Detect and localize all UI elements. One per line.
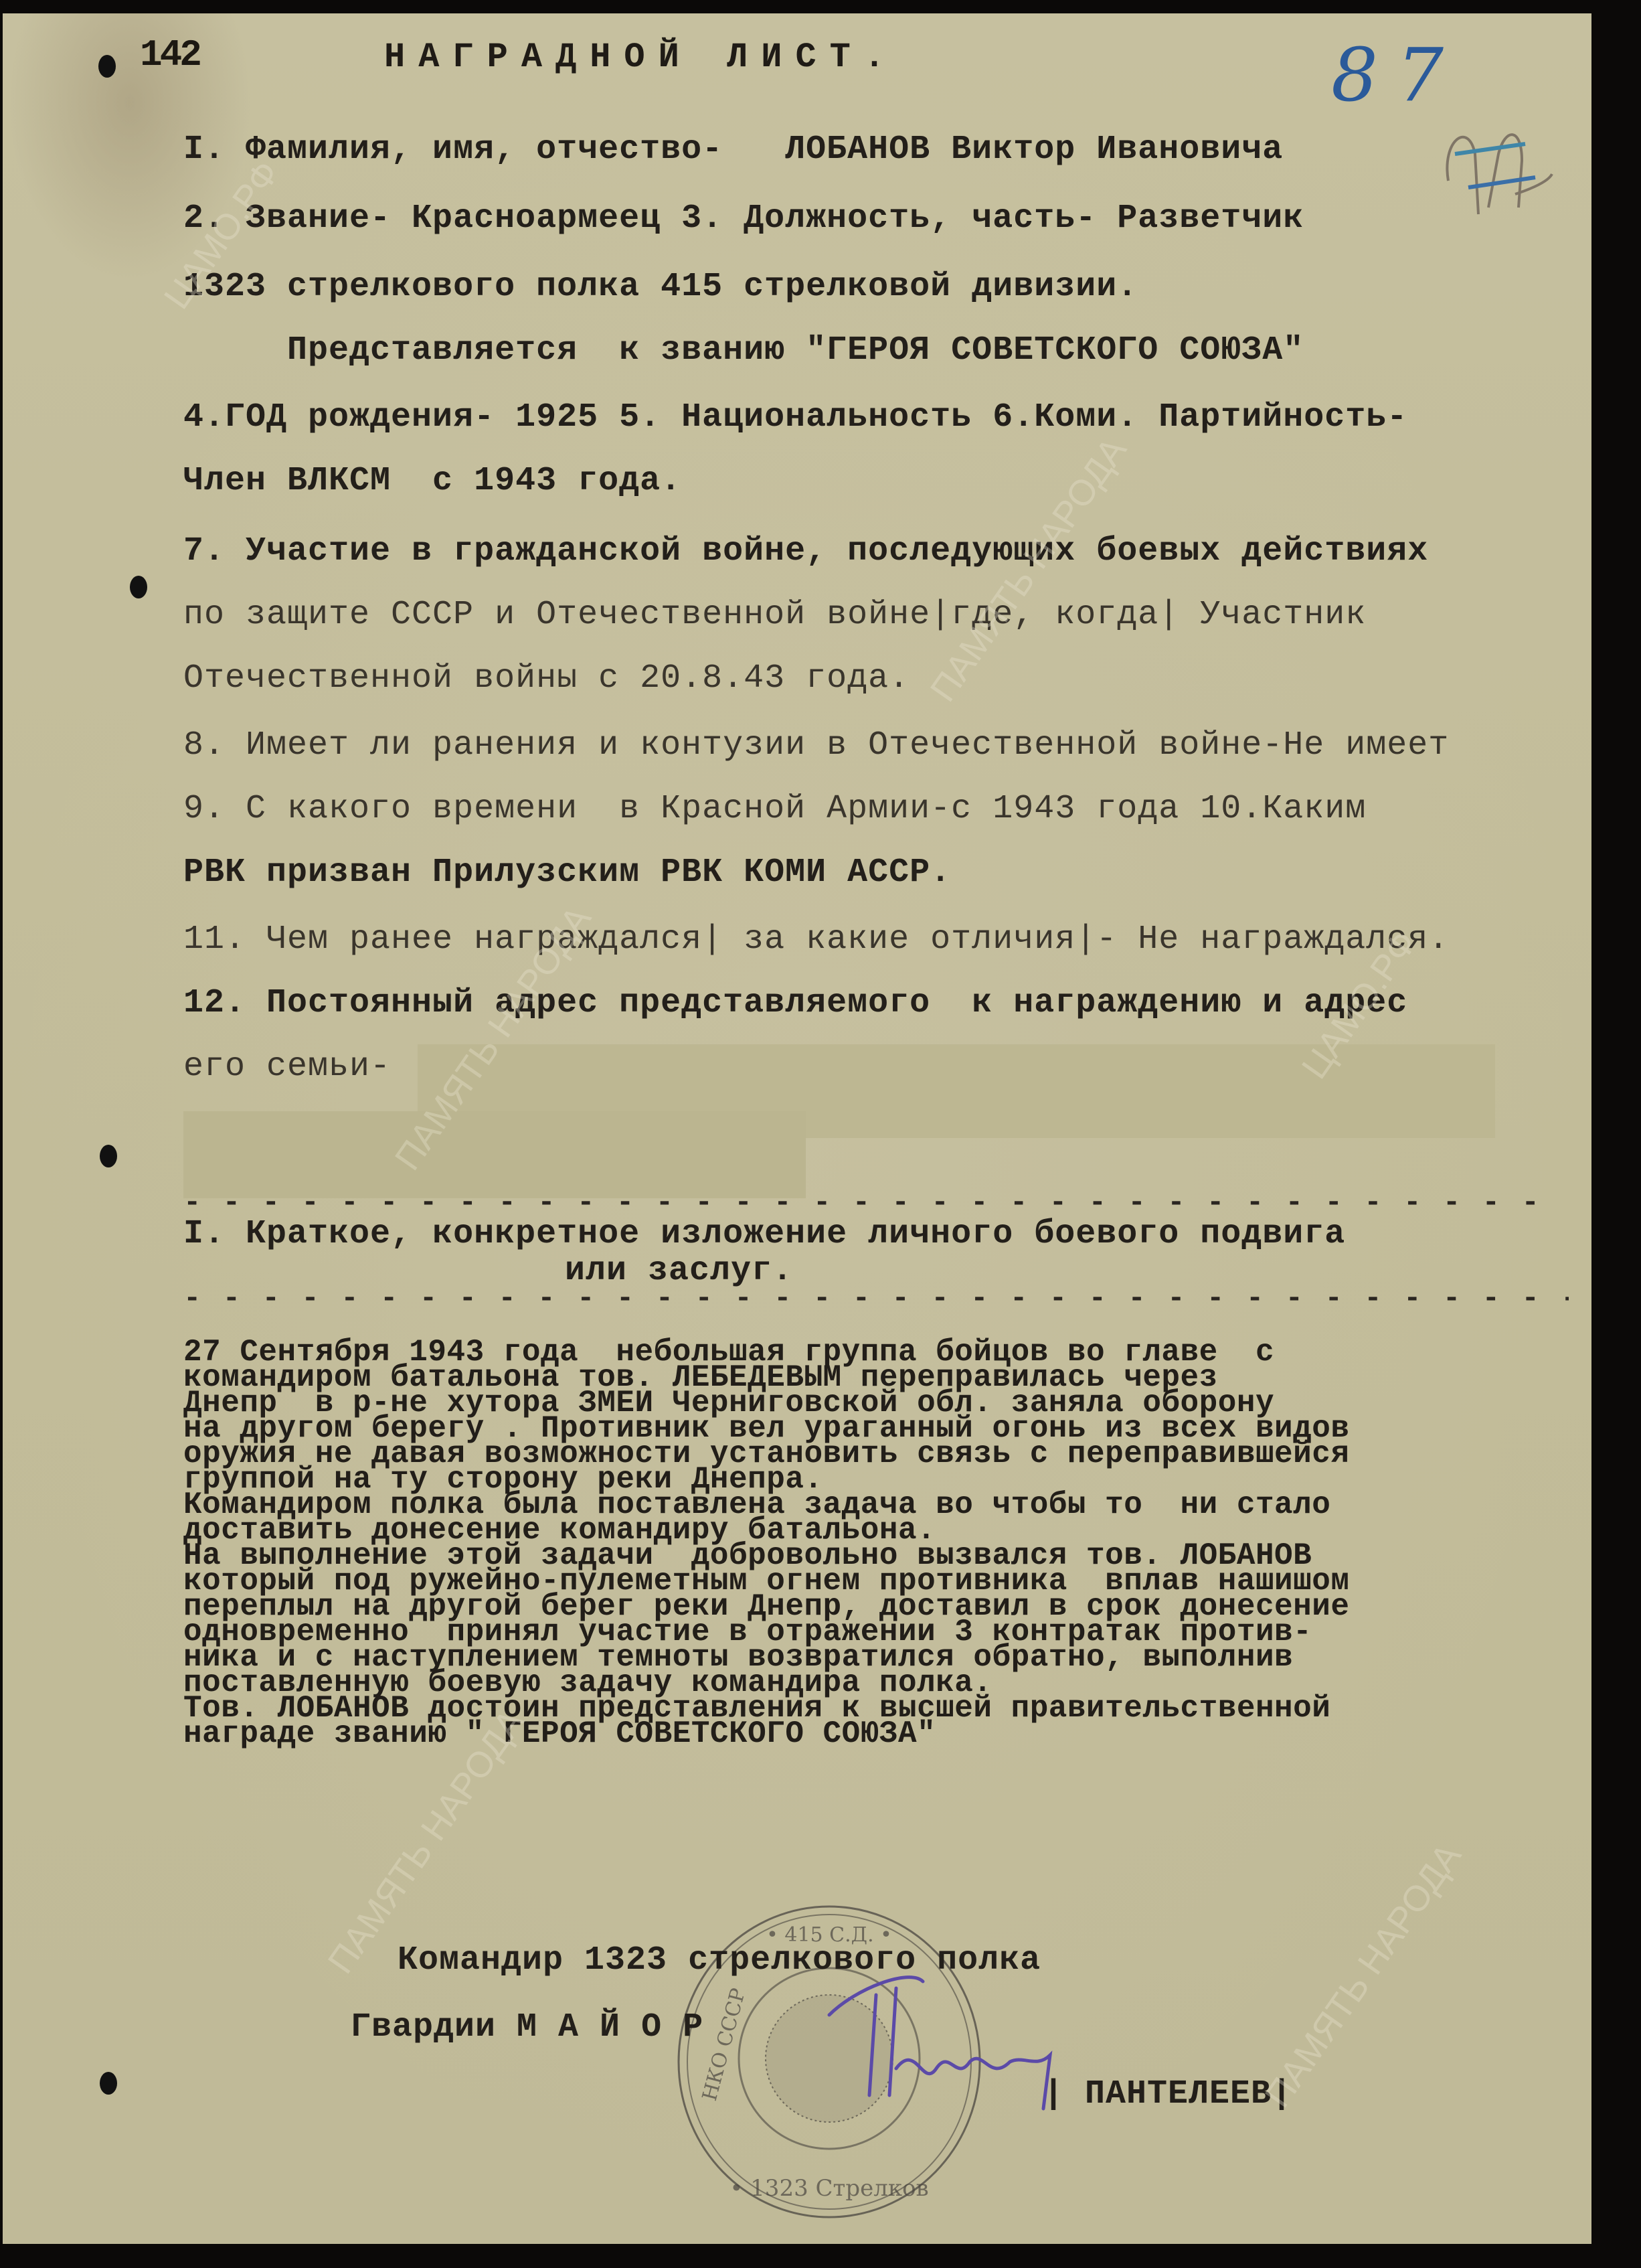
field-full-name: I. Фамилия, имя, отчество- ЛОБАНОВ Викто… <box>183 131 1283 169</box>
document-page: 142 87 НАГРАДНОЙ ЛИСТ. I. Фамилия, имя, … <box>3 13 1591 2244</box>
field-service-since: 9. С какого времени в Красной Армии-с 19… <box>183 790 1366 828</box>
signature-rank: Гвардии М А Й О Р <box>351 2008 703 2046</box>
field-rank-position: 2. Звание- Красноармеец 3. Должность, ча… <box>183 199 1304 238</box>
field-wounds: 8. Имеет ли ранения и контузии в Отечест… <box>183 726 1449 764</box>
svg-text:• 1323 Стрелков: • 1323 Стрелков <box>729 2175 928 2202</box>
field-civil-war: 7. Участие в гражданской войне, последую… <box>183 532 1428 570</box>
archive-number-handwritten: 87 <box>1331 32 1462 118</box>
field-birth-nationality: 4.ГОД рождения- 1925 5. Национальность 6… <box>183 398 1407 436</box>
field-party: Член ВЛКСМ с 1943 года. <box>183 462 681 500</box>
pencil-annotation-icon <box>1442 114 1555 221</box>
redacted-address-block-2 <box>183 1111 806 1198</box>
handwritten-signature-icon <box>816 1961 1070 2115</box>
section-heading: I. Краткое, конкретное изложение личного… <box>183 1215 1345 1253</box>
divider-line: - - - - - - - - - - - - - - - - - - - - … <box>183 1282 1569 1315</box>
punch-hole <box>100 2072 117 2095</box>
punch-hole <box>100 1145 117 1167</box>
punch-hole <box>98 55 116 78</box>
narrative-line: награде званию " ГЕРОЯ СОВЕТСКОГО СОЮЗА" <box>183 1720 936 1747</box>
punch-hole <box>130 576 147 598</box>
field-nominated-for: Представляется к званию "ГЕРОЯ СОВЕТСКОГ… <box>183 331 1304 370</box>
field-previous-awards: 11. Чем ранее награждался| за какие отли… <box>183 920 1449 959</box>
field-draft-office: РВК призван Прилузским РВК КОМИ АССР. <box>183 854 951 892</box>
page-number: 142 <box>140 33 199 76</box>
field-family: его семьи- <box>183 1048 391 1086</box>
field-war-participant: Отечественной войны с 20.8.43 года. <box>183 659 910 698</box>
watermark: ПАМЯТЬ НАРОДА <box>1257 1836 1470 2115</box>
signature-name: | ПАНТЕЛЕЕВ| <box>1043 2075 1292 2113</box>
field-defense-ussr: по защите СССР и Отечественной войне|где… <box>183 596 1366 634</box>
field-unit: 1323 стрелкового полка 415 стрелковой ди… <box>183 268 1138 306</box>
field-address: 12. Постоянный адрес представляемого к н… <box>183 984 1407 1022</box>
document-title: НАГРАДНОЙ ЛИСТ. <box>384 37 898 77</box>
